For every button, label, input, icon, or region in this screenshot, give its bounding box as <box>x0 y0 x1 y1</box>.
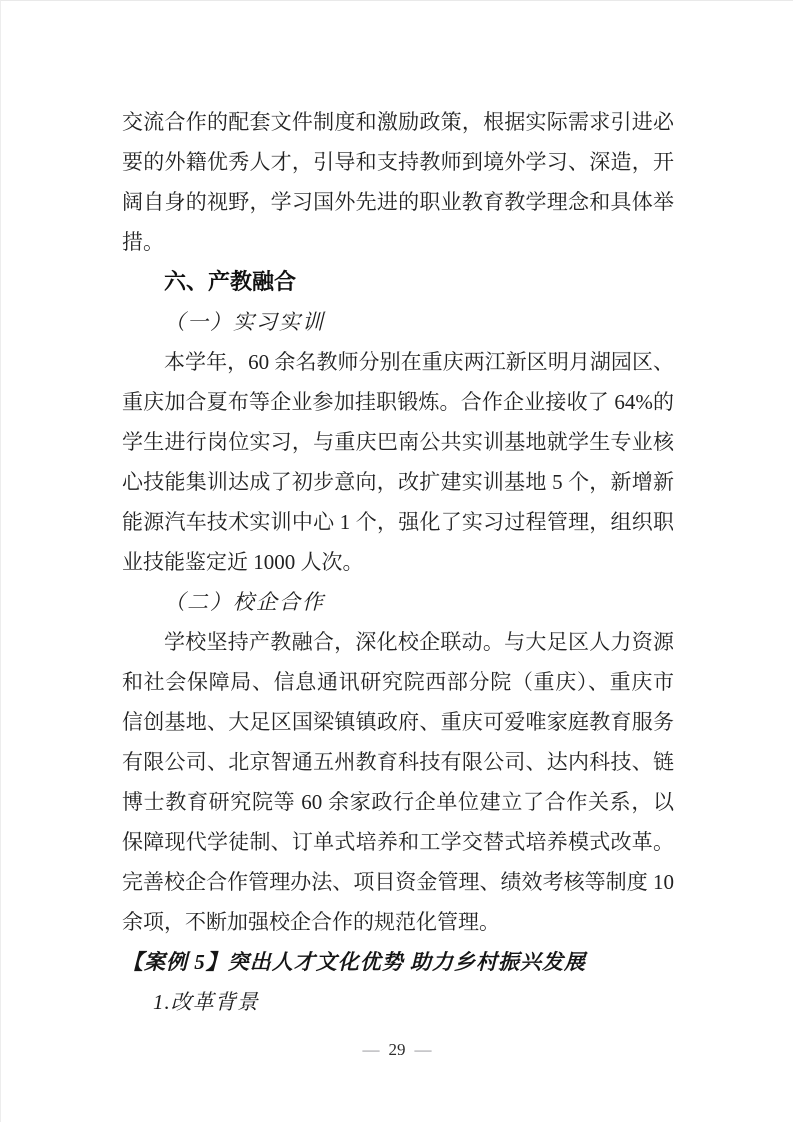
body-line: 和社会保障局、信息通讯研究院西部分院（重庆）、重庆市 <box>122 662 674 702</box>
body-line: 博士教育研究院等 60 余家政行企单位建立了合作关系，以 <box>122 782 674 822</box>
body-line: 心技能集训达成了初步意向，改扩建实训基地 5 个，新增新 <box>122 462 674 502</box>
body-line: 本学年，60 余名教师分别在重庆两江新区明月湖园区、 <box>122 342 674 382</box>
subsection-heading: （一）实习实训 <box>122 302 674 342</box>
footer-dash-left: — <box>354 1040 389 1059</box>
case-heading: 【案例 5】突出人才文化优势 助力乡村振兴发展 <box>122 942 674 982</box>
document-body: 交流合作的配套文件制度和激励政策，根据实际需求引进必 要的外籍优秀人才，引导和支… <box>122 102 674 1022</box>
body-line: 业技能鉴定近 1000 人次。 <box>122 542 674 582</box>
subsection-heading: （二）校企合作 <box>122 582 674 622</box>
body-line: 交流合作的配套文件制度和激励政策，根据实际需求引进必 <box>122 102 674 142</box>
body-line: 有限公司、北京智通五州教育科技有限公司、达内科技、链 <box>122 742 674 782</box>
footer-dash-right: — <box>406 1040 441 1059</box>
body-line: 保障现代学徒制、订单式培养和工学交替式培养模式改革。 <box>122 822 674 862</box>
numbered-heading: 1.改革背景 <box>122 982 674 1022</box>
body-line: 能源汽车技术实训中心 1 个，强化了实习过程管理，组织职 <box>122 502 674 542</box>
body-line: 余项，不断加强校企合作的规范化管理。 <box>122 902 674 942</box>
section-heading: 六、产教融合 <box>122 262 674 302</box>
body-line: 学生进行岗位实习，与重庆巴南公共实训基地就学生专业核 <box>122 422 674 462</box>
page-number: 29 <box>389 1040 406 1059</box>
document-page: 交流合作的配套文件制度和激励政策，根据实际需求引进必 要的外籍优秀人才，引导和支… <box>0 0 793 1122</box>
body-line: 要的外籍优秀人才，引导和支持教师到境外学习、深造，开 <box>122 142 674 182</box>
body-line: 阔自身的视野，学习国外先进的职业教育教学理念和具体举 <box>122 182 674 222</box>
body-line: 措。 <box>122 222 674 262</box>
body-line: 完善校企合作管理办法、项目资金管理、绩效考核等制度 10 <box>122 862 674 902</box>
body-line: 重庆加合夏布等企业参加挂职锻炼。合作企业接收了 64%的 <box>122 382 674 422</box>
body-line: 信创基地、大足区国梁镇镇政府、重庆可爱唯家庭教育服务 <box>122 702 674 742</box>
page-footer: —29— <box>1 1037 793 1063</box>
body-line: 学校坚持产教融合，深化校企联动。与大足区人力资源 <box>122 622 674 662</box>
